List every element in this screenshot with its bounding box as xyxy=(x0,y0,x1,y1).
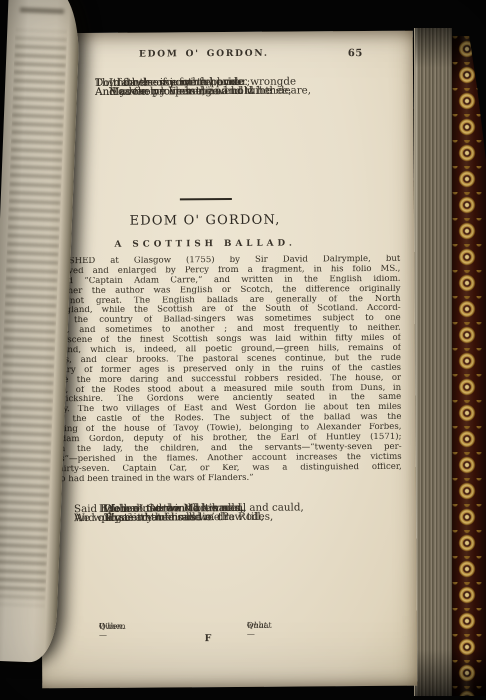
poem-stanza: Thy father once mine honour wrongdeIn da… xyxy=(95,75,395,77)
ballad-stanza: It fell about the Martinmas,Quhen¹ the w… xyxy=(74,501,394,503)
opposite-page-blurred-text xyxy=(0,25,67,611)
book-photo: EDOM O' GORDON. 65 Thy father once mine … xyxy=(0,0,486,700)
section-subtitle: A SCOTTISH BALLAD. xyxy=(15,238,395,251)
gilded-binding-edge xyxy=(450,36,486,696)
signature-mark: F xyxy=(18,632,398,646)
opening-poem: Thy father once mine honour wrongdeIn da… xyxy=(95,75,395,86)
page-number: 65 xyxy=(348,48,388,59)
footnote-definition: When. xyxy=(99,622,125,631)
book-page: EDOM O' GORDON. 65 Thy father once mine … xyxy=(38,31,418,689)
footnote-definition: what. xyxy=(247,621,270,630)
section-divider-rule xyxy=(180,198,232,200)
text-line: To see that fair ladie. xyxy=(104,511,215,524)
text-line: My lovelye Emmeline. xyxy=(109,85,224,98)
ballad-verses: It fell about the Martinmas,Quhen¹ the w… xyxy=(74,501,394,512)
introduction-paragraph: BLISHED at Glasgow (1755) by Sir David D… xyxy=(53,255,402,485)
page-block-fore-edge xyxy=(414,28,452,696)
text-line: ho had been trained in the wars of Fland… xyxy=(55,472,402,484)
opposite-page-blurred-header xyxy=(20,7,64,14)
